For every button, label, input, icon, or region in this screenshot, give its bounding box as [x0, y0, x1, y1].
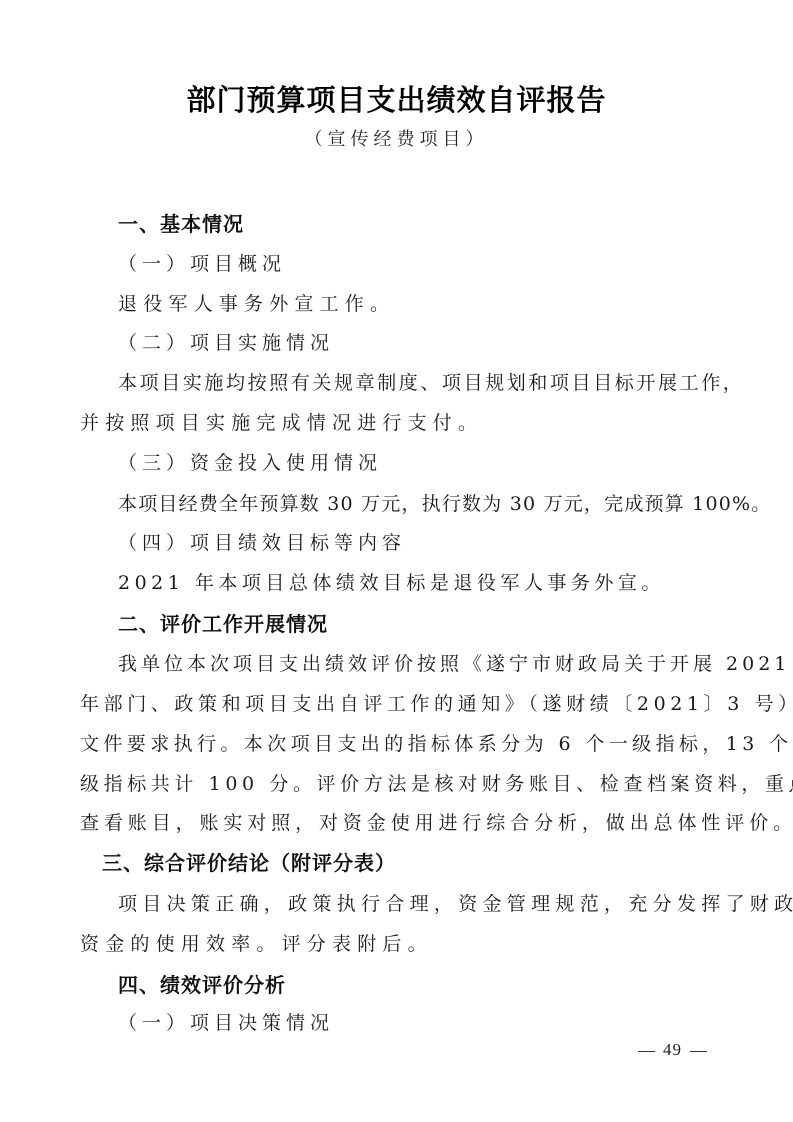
paragraph-line: 退役军人事务外宣工作。 [118, 289, 395, 316]
dash-left [638, 1051, 655, 1052]
section-heading-conclusion: 三、综合评价结论（附评分表） [102, 847, 396, 876]
paragraph-line: 资金的使用效率。评分表附后。 [80, 929, 433, 956]
paragraph-line: 并按照项目实施完成情况进行支付。 [80, 408, 483, 435]
section-heading-evaluation: 二、评价工作开展情况 [118, 608, 328, 637]
section-heading-basic: 一、基本情况 [118, 208, 244, 237]
subheading-implementation: （二）项目实施情况 [118, 328, 334, 355]
paragraph-line: 查看账目，账实对照，对资金使用进行综合分析，做出总体性评价。 [80, 808, 793, 835]
subheading-decision: （一）项目决策情况 [118, 1008, 334, 1035]
subheading-targets: （四）项目绩效目标等内容 [118, 528, 406, 555]
paragraph-line: 级指标共计 100 分。评价方法是核对财务账目、检查档案资料，重点 [80, 769, 793, 796]
paragraph-line: 2021 年本项目总体绩效目标是退役军人事务外宣。 [118, 568, 665, 595]
paragraph-line: 文件要求执行。本次项目支出的指标体系分为 6 个一级指标，13 个二 [80, 729, 793, 756]
paragraph-line: 年部门、政策和项目支出自评工作的通知》（遂财绩〔2021〕3 号） [80, 689, 793, 716]
document-title: 部门预算项目支出绩效自评报告 [0, 78, 793, 119]
dash-right [690, 1051, 707, 1052]
section-heading-analysis: 四、绩效评价分析 [118, 969, 286, 998]
paragraph-line: 本项目经费全年预算数 30 万元，执行数为 30 万元，完成预算 100%。 [118, 489, 771, 516]
paragraph-line: 项目决策正确，政策执行合理，资金管理规范，充分发挥了财政 [118, 889, 793, 916]
document-subtitle: （宣传经费项目） [0, 125, 793, 151]
page-number: 49 [630, 1040, 715, 1060]
paragraph-line: 本项目实施均按照有关规章制度、项目规划和项目目标开展工作， [118, 368, 744, 395]
subheading-overview: （一）项目概况 [118, 249, 286, 276]
subheading-funding: （三）资金投入使用情况 [118, 448, 382, 475]
paragraph-line: 我单位本次项目支出绩效评价按照《遂宁市财政局关于开展 2021 [118, 649, 790, 676]
